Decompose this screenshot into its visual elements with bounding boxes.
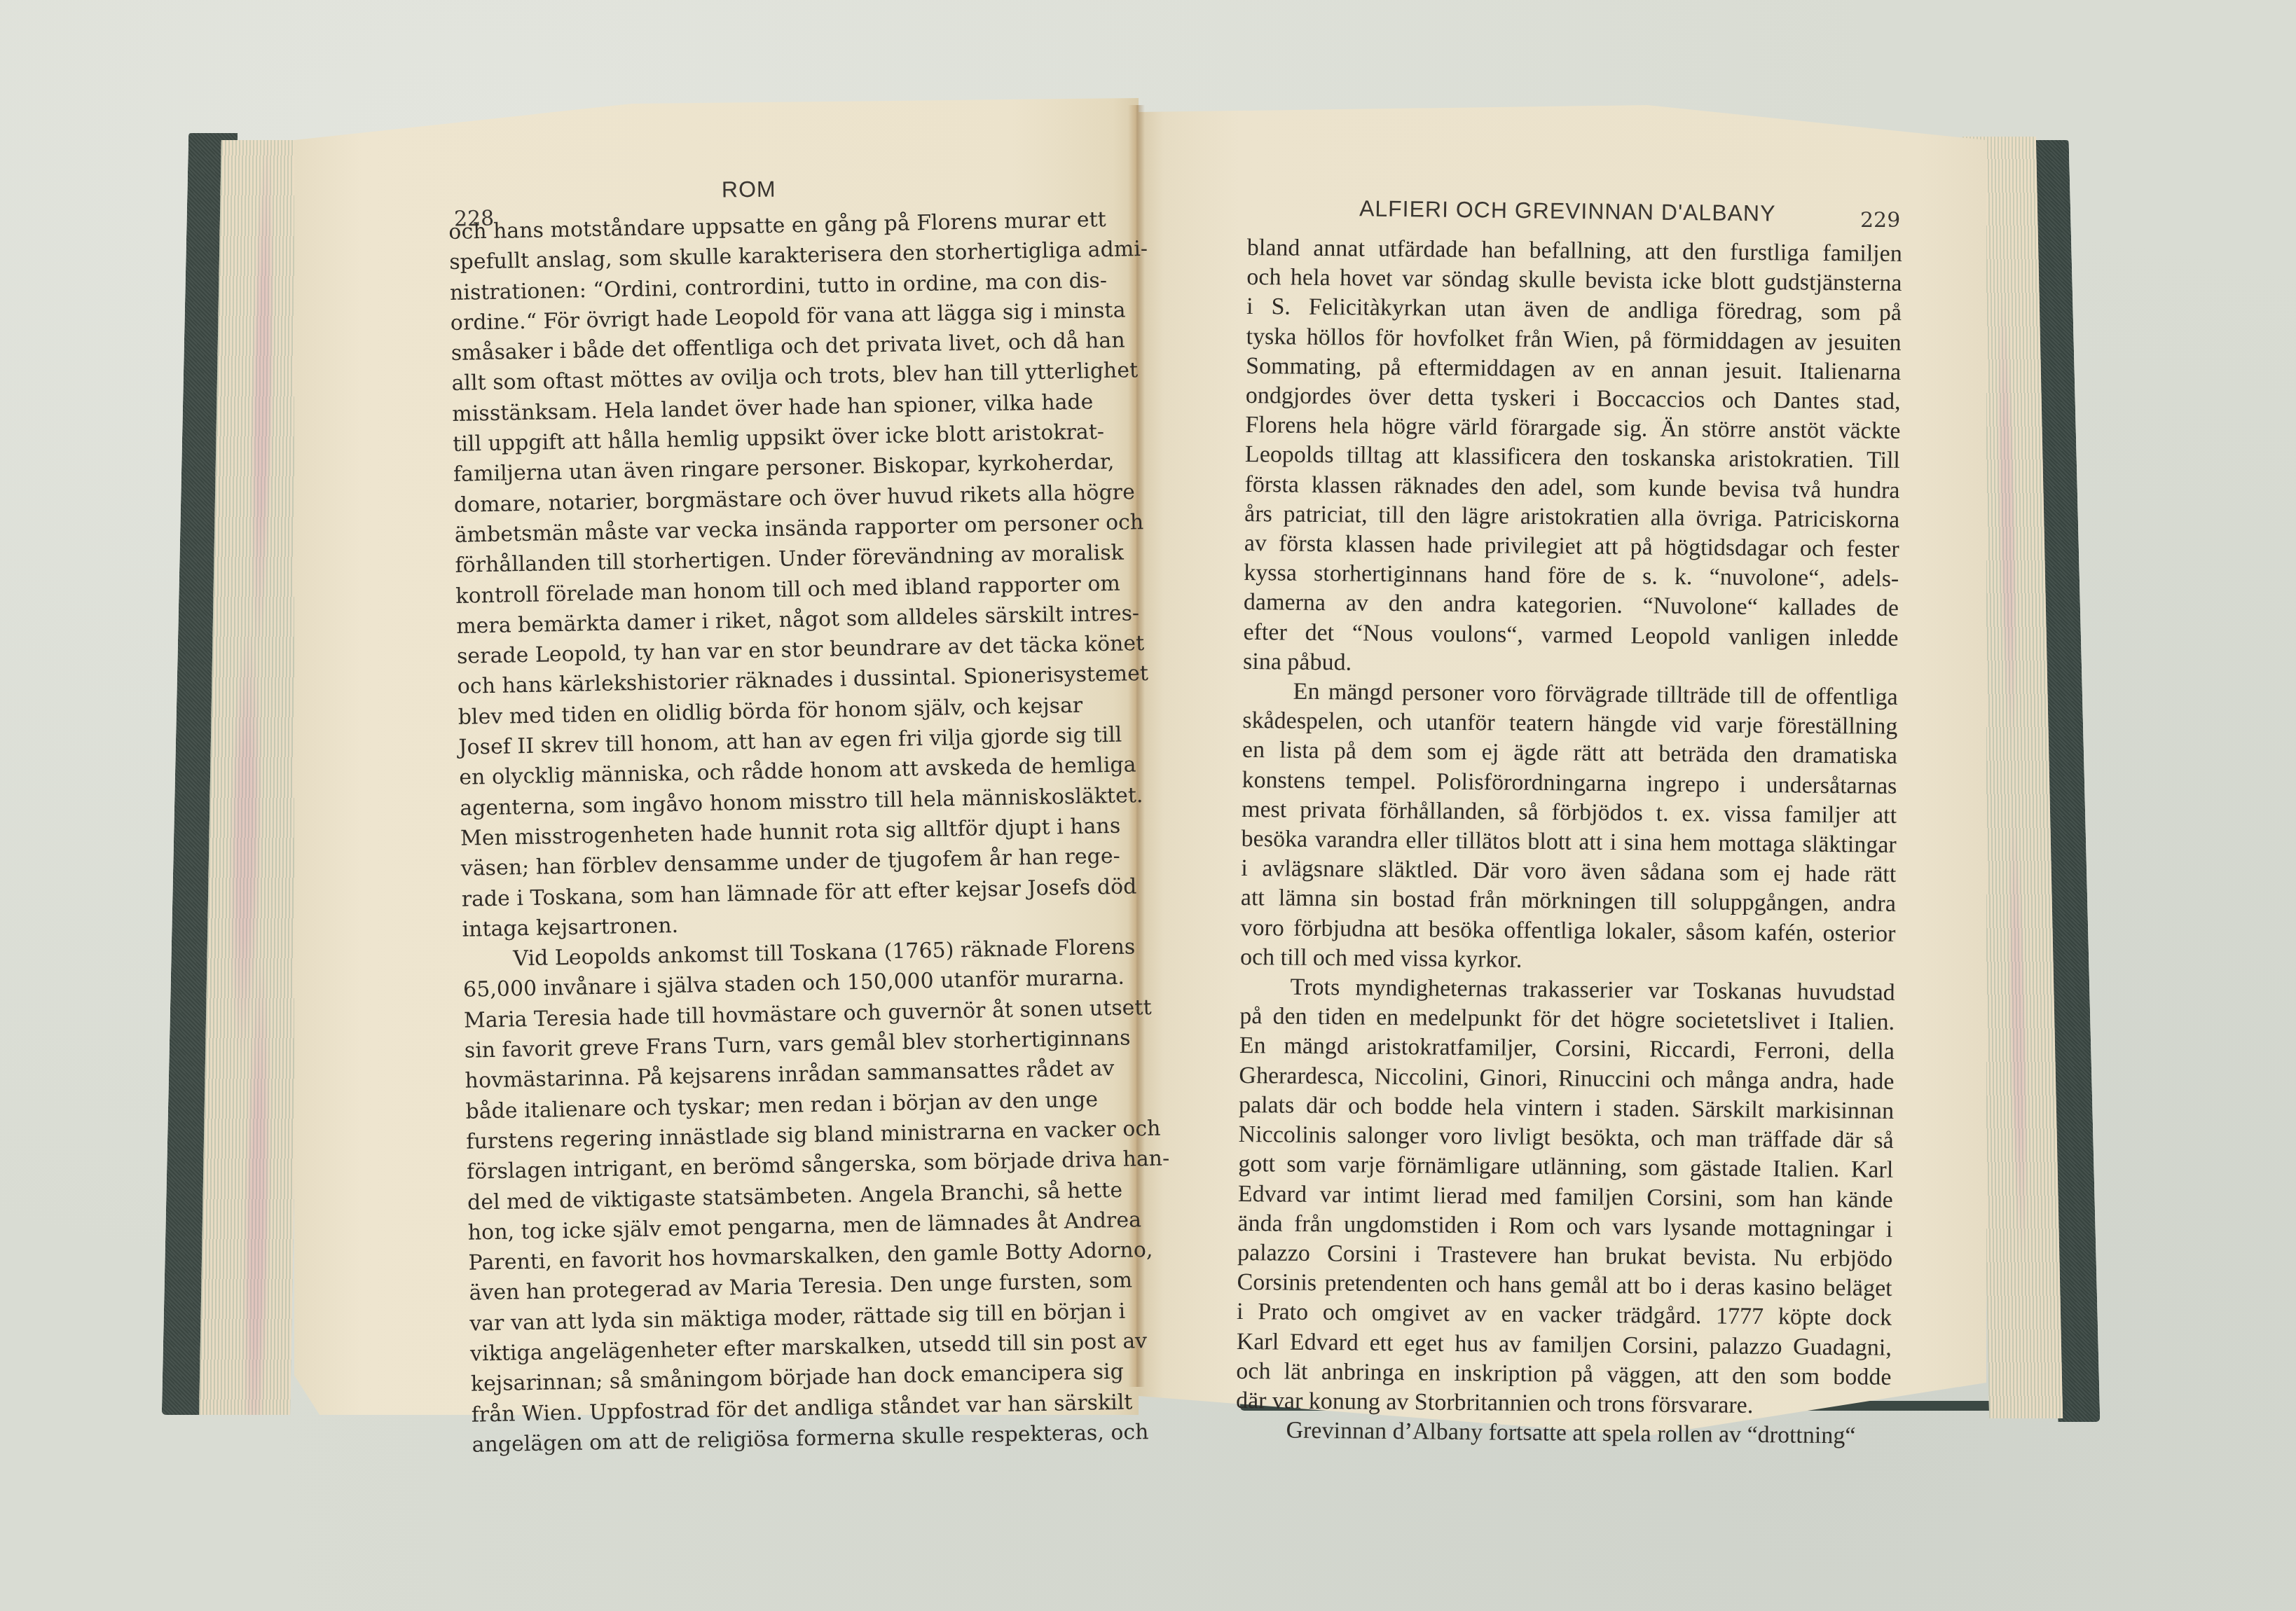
left-page-body: och hans motståndare uppsatte en gång på… [448,205,1089,1460]
book-gutter [1128,105,1145,1387]
right-running-head: ALFIERI OCH GREVINNAN D'ALBANY [1359,195,1776,226]
right-page-number: 229 [1860,208,1900,233]
left-running-head: ROM [722,177,776,203]
right-page-body: bland annat utfärdade han befallning, at… [1235,233,1902,1451]
text-line: Grevinnan d’Albany fortsatte att spela r… [1235,1416,1890,1451]
